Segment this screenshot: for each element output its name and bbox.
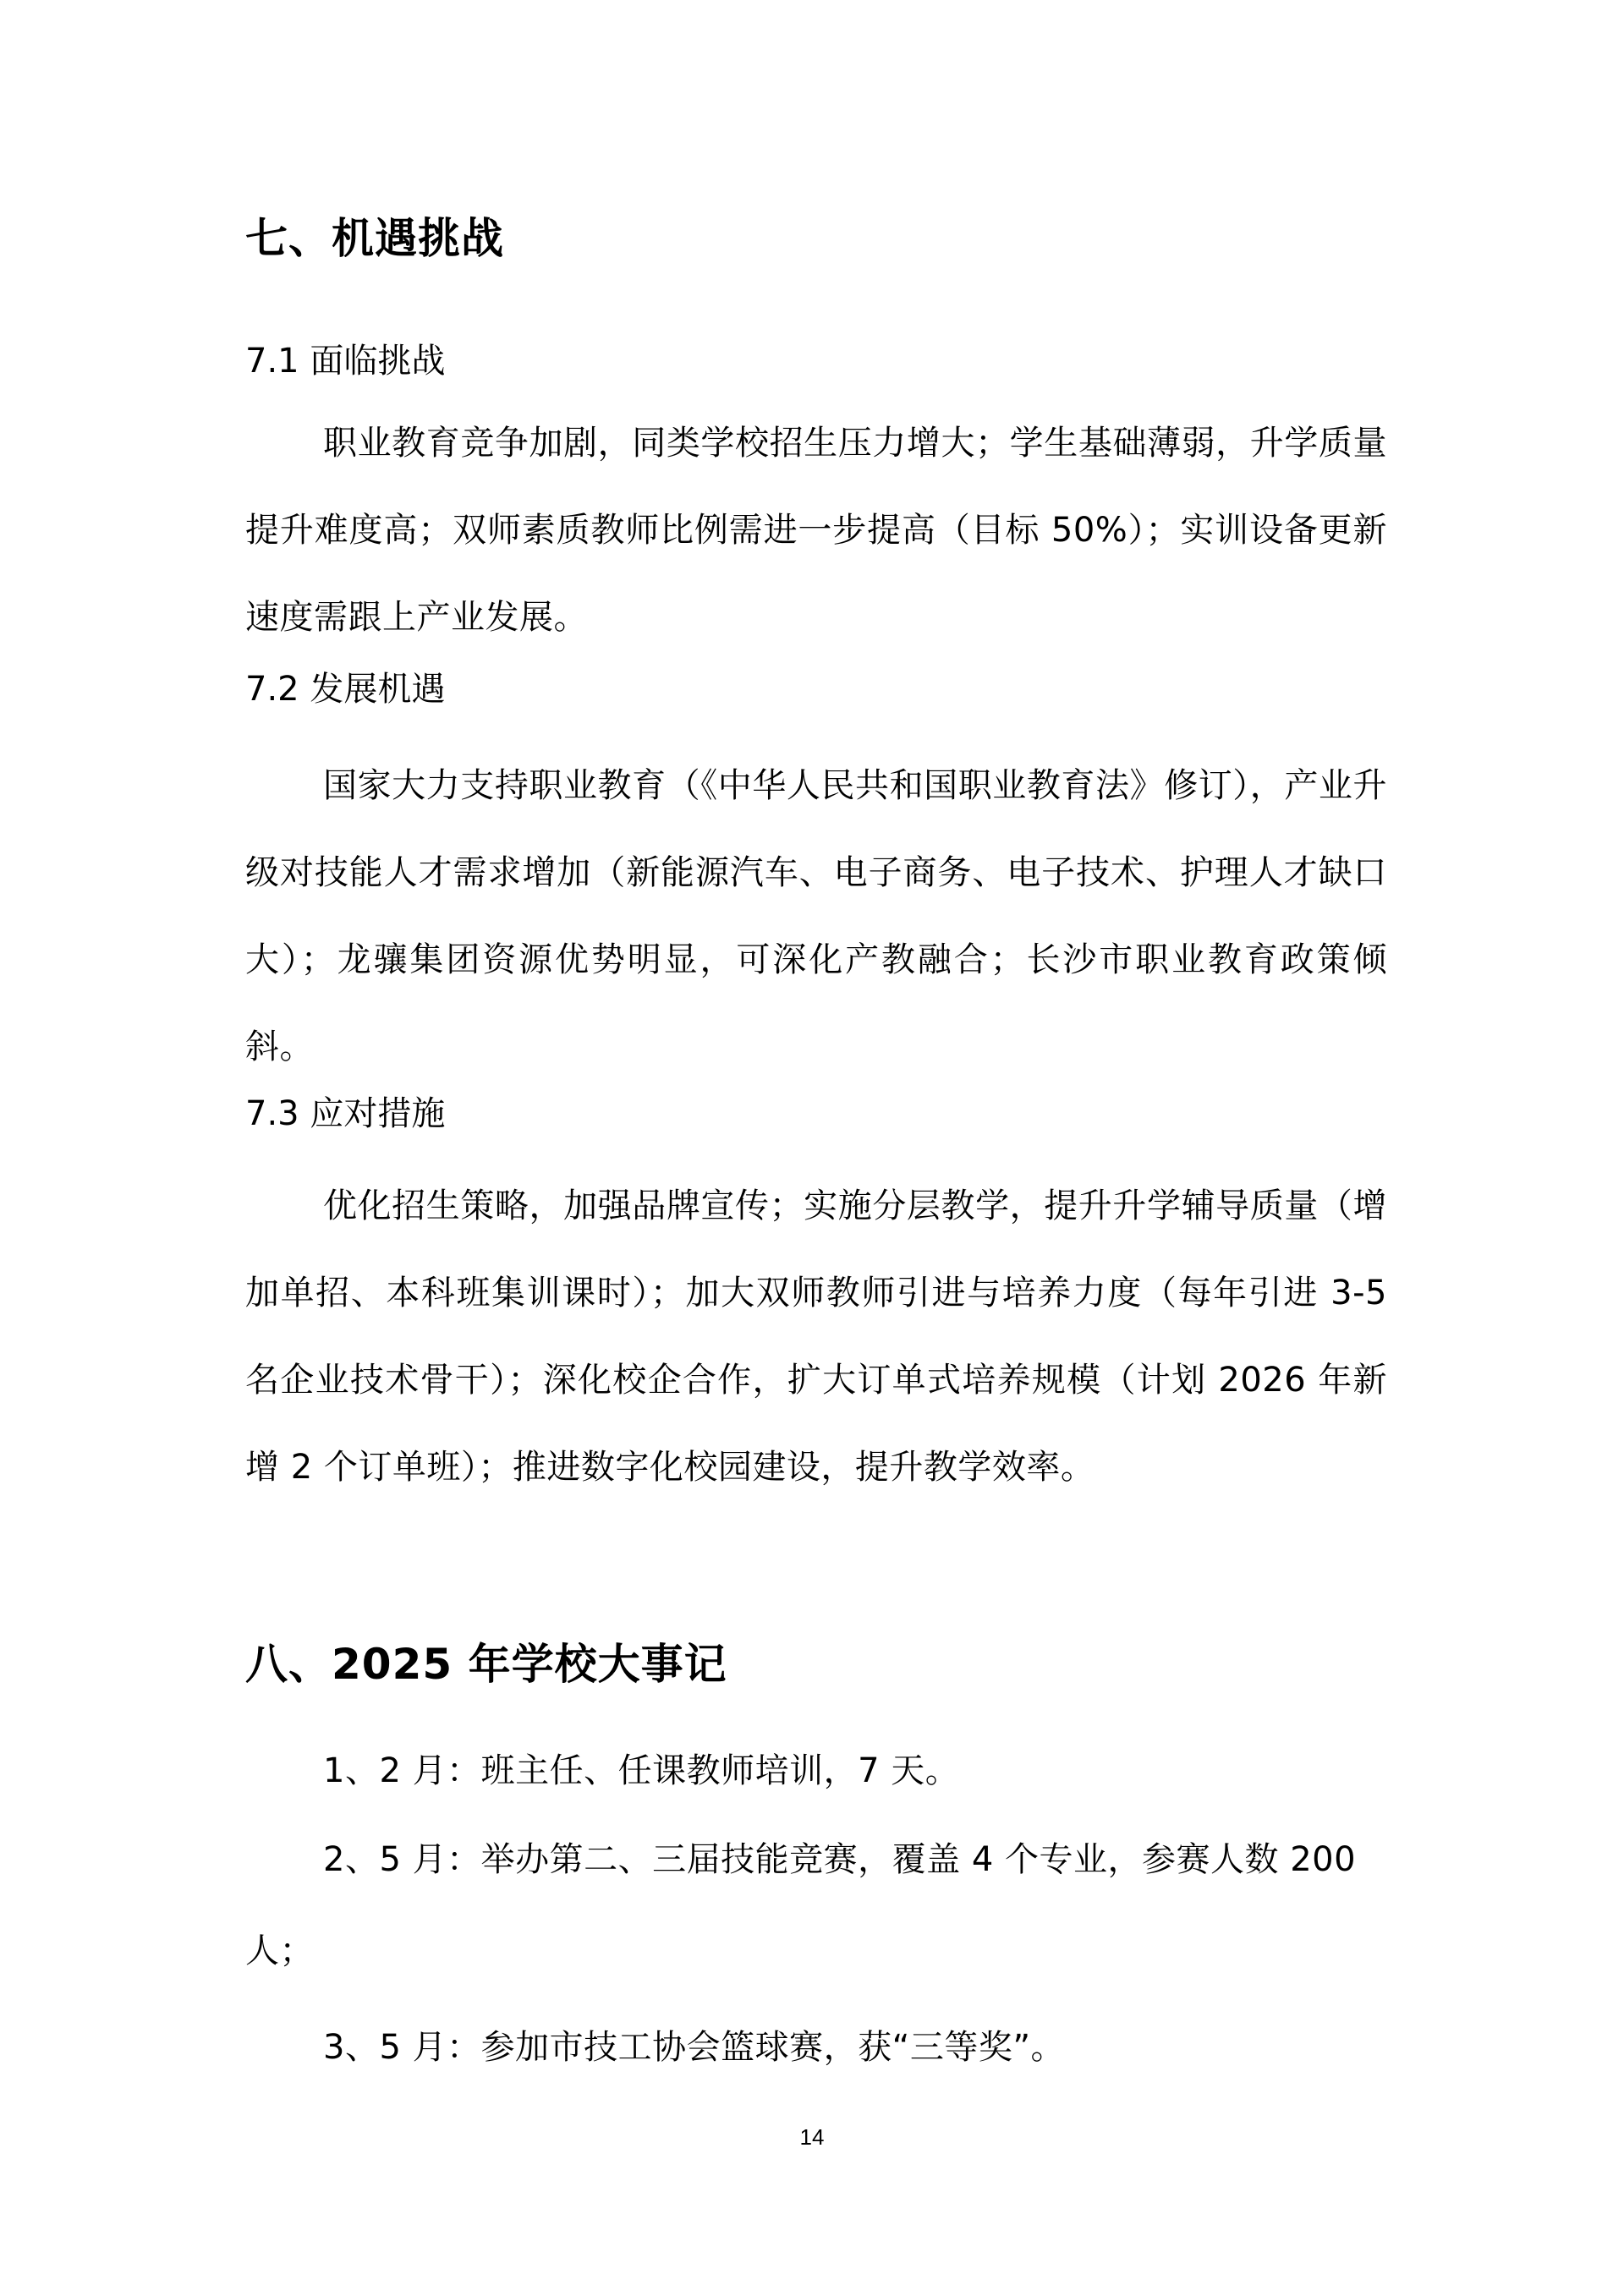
event-item-3: 3、5 月：参加市技工协会篮球赛，获“三等奖”。 (245, 2002, 1387, 2093)
subsection-7-3-body: 优化招生策略，加强品牌宣传；实施分层教学，提升升学辅导质量（增加单招、本科班集训… (245, 1163, 1387, 1511)
subsection-7-2-body: 国家大力支持职业教育（《中华人民共和国职业教育法》修订），产业升级对技能人才需求… (245, 743, 1387, 1091)
section-7-title: 七、机遇挑战 (245, 213, 1387, 264)
document-page: 七、机遇挑战 7.1 面临挑战 职业教育竞争加剧，同类学校招生压力增大；学生基础… (0, 0, 1624, 2296)
subsection-7-2-heading: 7.2 发展机遇 (245, 668, 1387, 710)
subsection-7-1-heading: 7.1 面临挑战 (245, 340, 1387, 382)
page-number: 14 (0, 2124, 1624, 2151)
event-item-1: 1、2 月：班主任、任课教师培训，7 天。 (245, 1725, 1387, 1817)
subsection-7-1-body: 职业教育竞争加剧，同类学校招生压力增大；学生基础薄弱，升学质量提升难度高；双师素… (245, 400, 1387, 661)
subsection-7-3-heading: 7.3 应对措施 (245, 1093, 1387, 1135)
section-8-title: 八、2025 年学校大事记 (245, 1639, 1387, 1690)
event-item-2: 2、5 月：举办第二、三届技能竞赛，覆盖 4 个专业，参赛人数 200 人； (245, 1814, 1387, 1997)
